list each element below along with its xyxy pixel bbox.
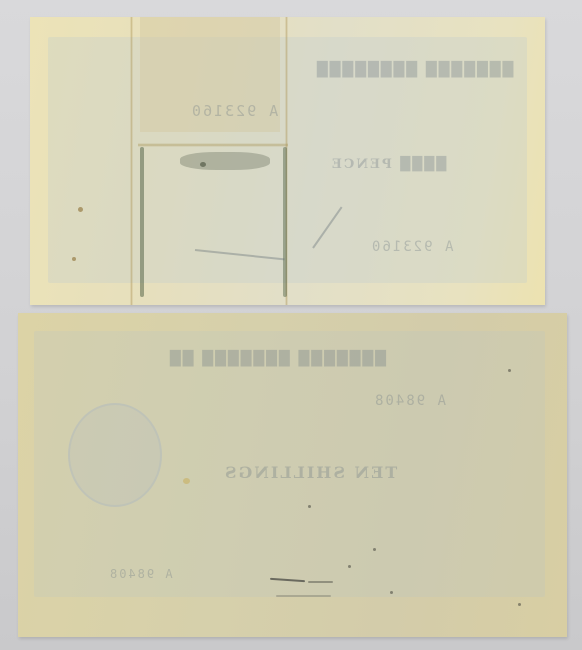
show-through-header: ███████ ███████ ██	[168, 351, 386, 367]
ink-speck	[508, 369, 511, 372]
show-through-serial: A 98408	[373, 393, 446, 409]
signature-ink	[276, 595, 331, 597]
ink-speck	[348, 565, 351, 568]
fold-line	[138, 143, 288, 147]
show-through-denomination: ████ PENCE	[330, 157, 446, 172]
ink-speck	[308, 505, 311, 508]
signature-ink	[308, 581, 333, 583]
grime-mark	[78, 207, 83, 212]
foxing-spot	[183, 478, 190, 484]
ink-speck	[373, 548, 376, 551]
show-through-serial: A 923160	[190, 102, 278, 120]
show-through-serial-2: A 923160	[370, 239, 453, 255]
grime-mark	[200, 162, 206, 167]
ink-speck	[390, 591, 393, 594]
show-through-header: ███████ ████████	[315, 62, 513, 78]
banknote-top: ███████ ████████ A 923160 ████ PENCE A 9…	[30, 17, 545, 305]
seal-show-through	[68, 403, 162, 507]
show-through-denomination: TEN SHILLINGS	[223, 463, 397, 482]
grime-mark	[72, 257, 76, 261]
fold-line	[130, 17, 133, 305]
show-through-serial-2: A 98408	[108, 567, 173, 581]
grime-mark	[140, 147, 144, 297]
banknote-bottom: ███████ ███████ ██ A 98408 TEN SHILLINGS…	[18, 313, 567, 637]
grime-mark	[180, 152, 270, 170]
grime-mark	[283, 147, 287, 297]
ink-speck	[518, 603, 521, 606]
